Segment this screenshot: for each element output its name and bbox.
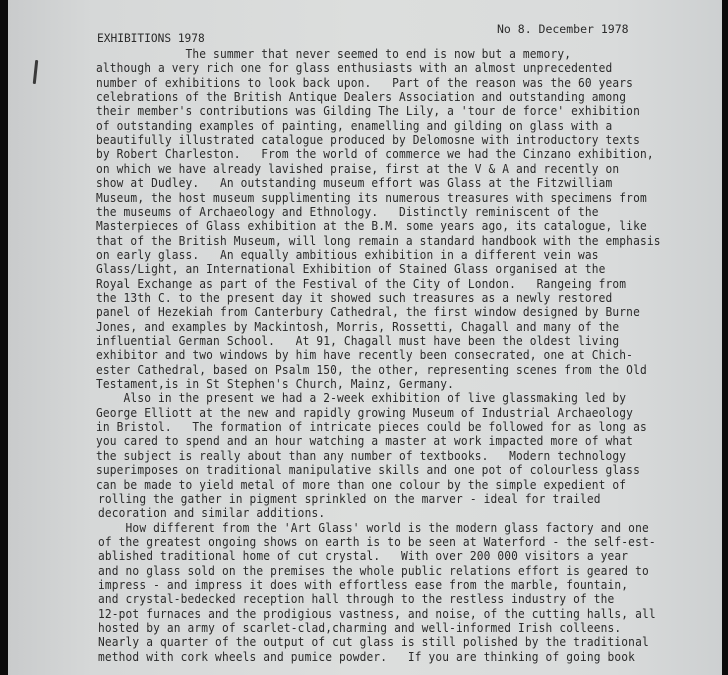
text-line: How different from the 'Art Glass' world… bbox=[98, 521, 649, 535]
text-line: impress - and impress it does with effor… bbox=[98, 578, 628, 592]
text-line: number of exhibitions to look back upon.… bbox=[96, 76, 633, 90]
text-line: ablished traditional home of cut crystal… bbox=[98, 549, 628, 563]
text-line: the 13th C. to the present day it showed… bbox=[96, 291, 612, 305]
text-line: Nearly a quarter of the output of cut gl… bbox=[98, 635, 649, 649]
text-line: their member's contributions was Gilding… bbox=[96, 104, 640, 118]
text-line: method with cork wheels and pumice powde… bbox=[98, 650, 635, 664]
text-line: influential German School. At 91, Chagal… bbox=[96, 334, 619, 348]
text-line: hosted by an army of scarlet-clad,charmi… bbox=[98, 621, 621, 635]
text-line: by Robert Charleston. From the world of … bbox=[96, 147, 654, 161]
text-line: that of the British Museum, will long re… bbox=[96, 234, 661, 248]
text-line: on early glass. An equally ambitious exh… bbox=[96, 248, 599, 262]
text-line: although a very rich one for glass enthu… bbox=[96, 61, 612, 75]
text-line: Testament,is in St Stephen's Church, Mai… bbox=[96, 377, 454, 391]
text-line: the subject is really about than any num… bbox=[96, 449, 626, 463]
text-line: decoration and similar additions. bbox=[98, 506, 325, 520]
text-line: George Elliott at the new and rapidly gr… bbox=[96, 406, 633, 420]
scanned-document-page: No 8. December 1978 EXHIBITIONS 1978 The… bbox=[8, 0, 722, 675]
text-line: of the greatest ongoing shows on earth i… bbox=[98, 535, 656, 549]
text-line: of outstanding examples of painting, ena… bbox=[96, 119, 612, 133]
text-line: The summer that never seemed to end is n… bbox=[96, 47, 571, 61]
text-line: rolling the gather in pigment sprinkled … bbox=[98, 492, 601, 506]
text-line: and crystal-bedecked reception hall thro… bbox=[98, 592, 614, 606]
issue-date: No 8. December 1978 bbox=[497, 22, 629, 36]
text-line: Also in the present we had a 2-week exhi… bbox=[96, 391, 626, 405]
text-line: exhibitor and two windows by him have re… bbox=[96, 348, 633, 362]
text-line: panel of Hezekiah from Canterbury Cathed… bbox=[96, 305, 640, 319]
text-line: show at Dudley. An outstanding museum ef… bbox=[96, 176, 612, 190]
text-line: Museum, the host museum supplimenting it… bbox=[96, 191, 647, 205]
text-line: ester Cathedral, based on Psalm 150, the… bbox=[96, 363, 647, 377]
text-line: Royal Exchange as part of the Festival o… bbox=[96, 277, 626, 291]
text-line: you cared to spend and an hour watching … bbox=[96, 434, 633, 448]
text-line: the museums of Archaeology and Ethnology… bbox=[96, 205, 599, 219]
text-line: and no glass sold on the premises the wh… bbox=[98, 564, 649, 578]
text-line: Masterpieces of Glass exhibition at the … bbox=[96, 219, 647, 233]
text-line: on which we have already lavished praise… bbox=[96, 162, 619, 176]
text-line: can be made to yield metal of more than … bbox=[96, 478, 626, 492]
text-line: celebrations of the British Antique Deal… bbox=[96, 90, 626, 104]
text-line: in Bristol. The formation of intricate p… bbox=[96, 420, 647, 434]
text-line: beautifully illustrated catalogue produc… bbox=[96, 133, 640, 147]
text-line: Jones, and examples by Mackintosh, Morri… bbox=[96, 320, 619, 334]
text-line: 12-pot furnaces and the prodigious vastn… bbox=[98, 607, 656, 621]
margin-pen-mark bbox=[33, 60, 38, 84]
text-line: superimposes on traditional manipulative… bbox=[96, 463, 640, 477]
text-line: Glass/Light, an International Exhibition… bbox=[96, 262, 606, 276]
section-title: EXHIBITIONS 1978 bbox=[97, 32, 205, 45]
